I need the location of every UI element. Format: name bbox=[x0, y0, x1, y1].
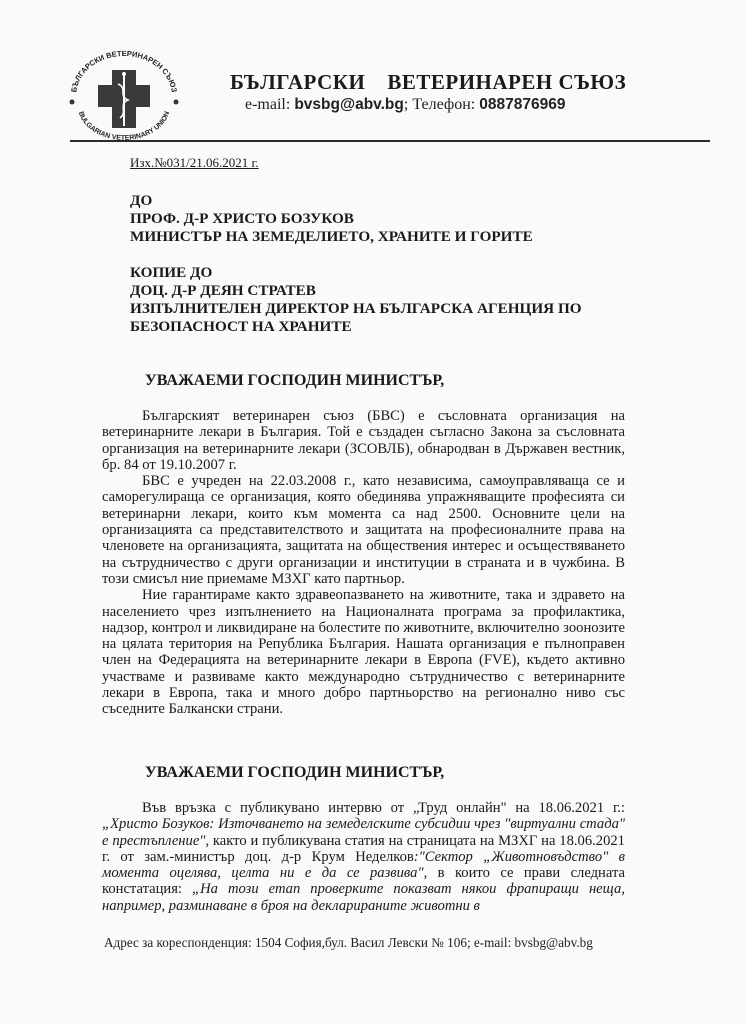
header-divider bbox=[70, 140, 710, 142]
addressees-block: ДО ПРОФ. Д-Р ХРИСТО БОЗУКОВ МИНИСТЪР НА … bbox=[130, 192, 582, 336]
paragraph-1: Българският ветеринарен съюз (БВС) е със… bbox=[102, 408, 625, 473]
copy-title-line1: ИЗПЪЛНИТЕЛЕН ДИРЕКТОР НА БЪЛГАРСКА АГЕНЦ… bbox=[130, 300, 582, 318]
body-section-1: Българският ветеринарен съюз (БВС) е със… bbox=[102, 408, 625, 718]
to-label: ДО bbox=[130, 192, 582, 210]
copy-name: ДОЦ. Д-Р ДЕЯН СТРАТЕВ bbox=[130, 282, 582, 300]
copy-title-line2: БЕЗОПАСНОСТ НА ХРАНИТЕ bbox=[130, 318, 582, 336]
salutation-2: УВАЖАЕМИ ГОСПОДИН МИНИСТЪР, bbox=[145, 764, 444, 782]
paragraph-4: Във връзка с публикувано интервю от „Тру… bbox=[102, 800, 625, 914]
header-email: bvsbg@abv.bg bbox=[294, 96, 404, 113]
paragraph-2: БВС е учреден на 22.03.2008 г., като нез… bbox=[102, 473, 625, 587]
org-name-word2: ВЕТЕРИНАРЕН СЪЮЗ bbox=[387, 70, 626, 94]
to-title: МИНИСТЪР НА ЗЕМЕДЕЛИЕТО, ХРАНИТЕ И ГОРИТ… bbox=[130, 228, 582, 246]
organization-name: БЪЛГАРСКИВЕТЕРИНАРЕН СЪЮЗ bbox=[230, 70, 626, 95]
header-contact: e-mail: bvsbg@abv.bg; Телефон: 088787696… bbox=[245, 96, 565, 114]
veterinary-union-logo-icon: БЪЛГАРСКИ ВЕТЕРИНАРЕН СЪЮЗ BULGARIAN VET… bbox=[62, 44, 186, 144]
org-name-word1: БЪЛГАРСКИ bbox=[230, 70, 365, 94]
copy-label: КОПИЕ ДО bbox=[130, 264, 582, 282]
outgoing-number: Изх.№031/21.06.2021 г. bbox=[130, 155, 259, 171]
letter-page: БЪЛГАРСКИ ВЕТЕРИНАРЕН СЪЮЗ BULGARIAN VET… bbox=[0, 0, 745, 1024]
header-phone: 0887876969 bbox=[479, 96, 565, 113]
paragraph-3: Ние гарантираме както здравеопазването н… bbox=[102, 587, 625, 717]
salutation-1: УВАЖАЕМИ ГОСПОДИН МИНИСТЪР, bbox=[145, 372, 444, 390]
footer-address: Адрес за кореспонденция: 1504 София,бул.… bbox=[104, 935, 593, 951]
body-section-2: Във връзка с публикувано интервю от „Тру… bbox=[102, 800, 625, 914]
to-name: ПРОФ. Д-Р ХРИСТО БОЗУКОВ bbox=[130, 210, 582, 228]
